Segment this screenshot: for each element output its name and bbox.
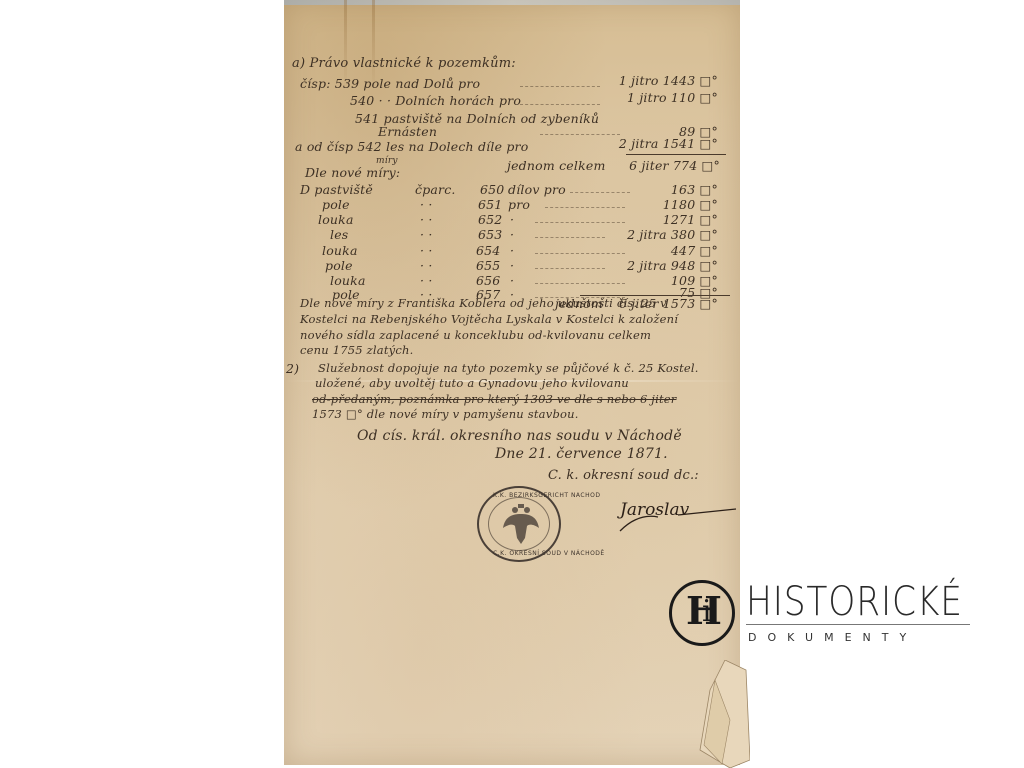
section-a-row-amount: 1 jitro 1443 □° xyxy=(600,73,718,88)
parcel-note: · xyxy=(510,243,514,258)
section-a-row-label: Ernásten xyxy=(378,124,437,139)
stamp-bottom-text: C.K. OKRESNÍ SOUD V NÁCHODĚ xyxy=(493,550,605,557)
section-a-total-label: jednom celkem xyxy=(507,158,606,173)
parcel-label: · · xyxy=(420,197,433,212)
parcel-number: 655 xyxy=(476,258,500,273)
leader-dashes xyxy=(535,283,625,284)
paragraph-line: uložené, aby uvoltěj tuto a Gynadovu jeh… xyxy=(315,376,629,390)
leader-dashes xyxy=(520,104,600,105)
parcel-number: 653 xyxy=(478,227,502,242)
parcel-label: čparc. xyxy=(415,182,456,197)
parcel-label: · · xyxy=(420,258,433,273)
parcel-note: dílov pro xyxy=(508,182,566,197)
paragraph-line: Dle nové míry z Františka Koblera od jeh… xyxy=(300,296,667,310)
parcel-note: · xyxy=(510,273,514,288)
paragraph-line: Kostelci na Rebenjského Vojtěcha Lyskala… xyxy=(300,312,678,326)
section-a-row-label: 540 · · Dolních horách pro xyxy=(350,93,521,108)
parcel-amount: 1271 □° xyxy=(620,212,718,227)
parcel-label: · · xyxy=(420,273,433,288)
parcel-kind: pole xyxy=(325,258,353,273)
signature-flourish xyxy=(618,505,738,535)
section-a-row-amount: 1 jitro 110 □° xyxy=(600,90,718,105)
date-line: Dne 21. července 1871. xyxy=(495,446,668,462)
monogram-letter-secondary: i xyxy=(702,597,712,627)
parcel-amount: 163 □° xyxy=(620,182,718,197)
parcel-note: · xyxy=(510,258,514,273)
parcel-number: 654 xyxy=(476,243,500,258)
leader-dashes xyxy=(545,207,625,208)
parcel-kind: D pastviště xyxy=(300,182,373,197)
section-a-row-label: a od čísp 542 les na Dolech díle pro xyxy=(295,139,528,154)
parcel-note: · xyxy=(510,212,514,227)
section-a-row-amount: 2 jitra 1541 □° xyxy=(600,136,718,151)
parcel-kind: louka xyxy=(330,273,366,288)
parcel-number: 652 xyxy=(478,212,502,227)
parcel-amount: 2 jitra 380 □° xyxy=(600,227,718,242)
parcel-amount: 2 jitra 948 □° xyxy=(600,258,718,273)
torn-paper-corner xyxy=(690,660,750,768)
section-a-row-label: čísp: 539 pole nad Dolů pro xyxy=(300,76,480,91)
parcel-kind: pole xyxy=(322,197,350,212)
parcel-kind: louka xyxy=(322,243,358,258)
double-headed-eagle-icon xyxy=(501,502,541,546)
section-a-total-amount: 6 jiter 774 □° xyxy=(600,158,720,173)
parcel-number: 650 xyxy=(480,182,504,197)
stamp-top-text: K.K. BEZIRKSGERICHT NACHOD xyxy=(493,492,600,499)
monogram-circle-icon: H i xyxy=(669,580,735,646)
logo-divider xyxy=(746,624,970,625)
leader-dashes xyxy=(520,86,600,87)
paragraph-line: Služebnost dopojuje na tyto pozemky se p… xyxy=(318,361,699,375)
parcel-kind: louka xyxy=(318,212,354,227)
parcel-amount: 447 □° xyxy=(620,243,718,258)
leader-dashes xyxy=(535,268,605,269)
parcel-label: · · xyxy=(420,243,433,258)
parcel-number: 656 xyxy=(476,273,500,288)
subtotal-rule xyxy=(626,154,726,155)
parcel-kind: les xyxy=(330,227,348,242)
parcel-note: pro xyxy=(508,197,530,212)
paragraph-line-struck: od-předaným, poznámka pro který 1303 ve … xyxy=(312,392,676,406)
court-line: Od cís. král. okresního nas soudu v Nách… xyxy=(357,428,682,444)
paragraph-number: 2) xyxy=(286,361,299,376)
section-b-heading: Dle nové míry: xyxy=(305,165,400,180)
leader-dashes xyxy=(535,237,605,238)
leader-dashes xyxy=(535,222,625,223)
parcel-amount: 1180 □° xyxy=(620,197,718,212)
paragraph-line: cenu 1755 zlatých. xyxy=(300,343,413,357)
paragraph-line: 1573 □° dle nové míry v pamyšenu stavbou… xyxy=(312,407,579,421)
authority-line: C. k. okresní soud dc.: xyxy=(548,468,699,483)
parcel-note: · xyxy=(510,227,514,242)
section-a-heading: a) Právo vlastnické k pozemkům: xyxy=(292,56,516,71)
leader-dashes xyxy=(535,253,625,254)
parcel-number: 651 xyxy=(478,197,502,212)
logo-subtitle: DOKUMENTY xyxy=(748,632,917,643)
logo-title: HISTORICKÉ xyxy=(746,582,963,622)
parcel-label: · · xyxy=(420,212,433,227)
parcel-label: · · xyxy=(420,227,433,242)
court-seal-stamp: K.K. BEZIRKSGERICHT NACHOD C.K. OKRESNÍ … xyxy=(477,486,561,562)
paragraph-line: nového sídla zaplacené u konceklubu od-k… xyxy=(300,328,651,342)
paper-top-edge xyxy=(284,0,740,5)
